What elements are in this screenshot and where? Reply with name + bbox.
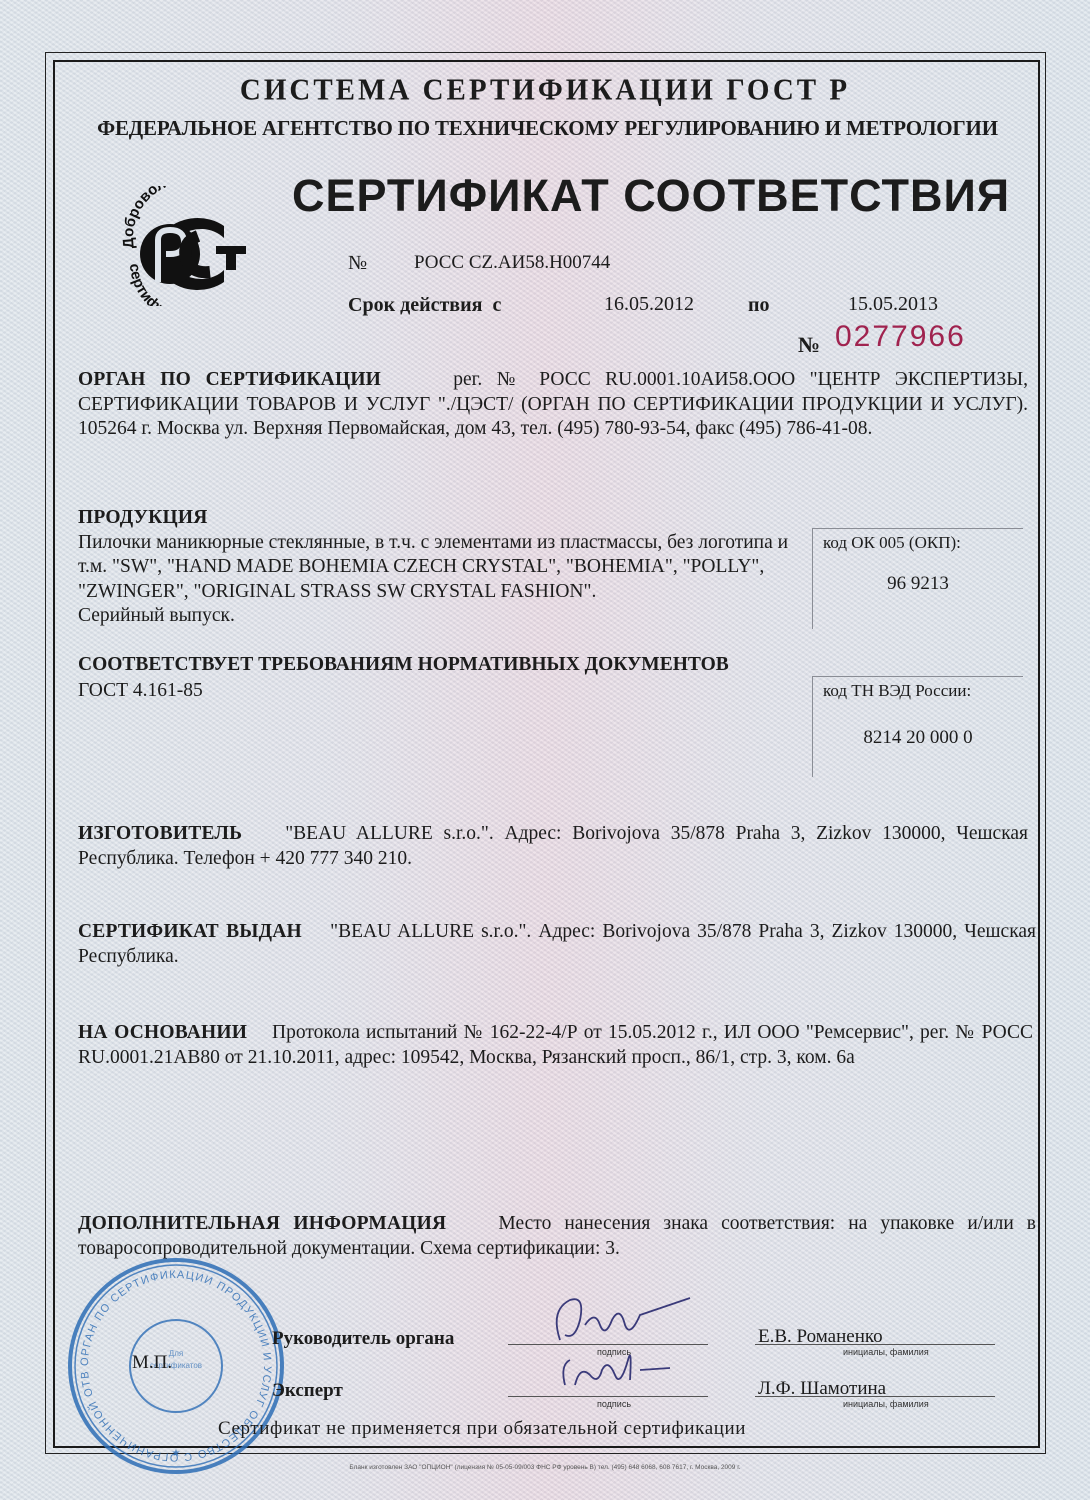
serial-number-label: № bbox=[798, 332, 820, 358]
issued-to-section: СЕРТИФИКАТ ВЫДАН "BEAU ALLURE s.r.o.". А… bbox=[78, 920, 1036, 969]
head-name: Е.В. Романенко bbox=[758, 1326, 883, 1348]
expert-signature-icon bbox=[540, 1340, 690, 1400]
tnved-code-value: 8214 20 000 0 bbox=[813, 727, 1023, 749]
additional-info-section: ДОПОЛНИТЕЛЬНАЯ ИНФОРМАЦИЯ Место нанесени… bbox=[78, 1212, 1036, 1261]
basis-label: НА ОСНОВАНИИ bbox=[78, 1022, 247, 1043]
product-series: Серийный выпуск. bbox=[78, 604, 793, 629]
manufacturer-label: ИЗГОТОВИТЕЛЬ bbox=[78, 823, 242, 844]
agency-name: ФЕДЕРАЛЬНОЕ АГЕНТСТВО ПО ТЕХНИЧЕСКОМУ РЕ… bbox=[60, 116, 1035, 141]
head-name-caption: инициалы, фамилия bbox=[843, 1347, 929, 1357]
svg-text:★: ★ bbox=[172, 1448, 181, 1459]
valid-from-date: 16.05.2012 bbox=[604, 293, 694, 316]
expert-name: Л.Ф. Шамотина bbox=[758, 1378, 886, 1400]
conformity-label: СООТВЕТСТВУЕТ ТРЕБОВАНИЯМ НОРМАТИВНЫХ ДО… bbox=[78, 654, 729, 676]
okp-code-box: код ОК 005 (ОКП): 96 9213 bbox=[812, 528, 1023, 629]
product-section: ПРОДУКЦИЯ Пилочки маникюрные стеклянные,… bbox=[78, 506, 793, 629]
validity-label: Срок действия с bbox=[348, 294, 501, 317]
printer-imprint: Бланк изготовлен ЗАО "ОПЦИОН" (лицензия … bbox=[0, 1464, 1090, 1471]
serial-number: 0277966 bbox=[835, 320, 966, 354]
head-label: Руководитель органа bbox=[272, 1328, 454, 1350]
basis-section: НА ОСНОВАНИИ Протокола испытаний № 162-2… bbox=[78, 1021, 1033, 1070]
issued-to-label: СЕРТИФИКАТ ВЫДАН bbox=[78, 921, 302, 942]
footer-note: Сертификат не применяется при обязательн… bbox=[218, 1418, 746, 1440]
okp-code-label: код ОК 005 (ОКП): bbox=[823, 533, 961, 553]
registration-number: РОСС CZ.АИ58.Н00744 bbox=[414, 252, 610, 274]
expert-signature-caption: подпись bbox=[597, 1399, 631, 1409]
product-description: Пилочки маникюрные стеклянные, в т.ч. с … bbox=[78, 531, 793, 605]
stamp-place-label: М.П. bbox=[132, 1352, 172, 1374]
valid-to-label: по bbox=[748, 294, 770, 317]
certification-body-section: ОРГАН ПО СЕРТИФИКАЦИИ рег. № РОСС RU.000… bbox=[78, 368, 1028, 442]
tnved-code-box: код ТН ВЭД России: 8214 20 000 0 bbox=[812, 676, 1023, 777]
additional-info-label: ДОПОЛНИТЕЛЬНАЯ ИНФОРМАЦИЯ bbox=[78, 1213, 446, 1234]
registration-number-label: № bbox=[348, 252, 367, 275]
certificate-title: СЕРТИФИКАТ СООТВЕТСТВИЯ bbox=[292, 170, 1010, 222]
official-stamp-icon: ОРГАН ПО СЕРТИФИКАЦИИ ПРОДУКЦИИ И УСЛУГ … bbox=[66, 1256, 286, 1476]
manufacturer-section: ИЗГОТОВИТЕЛЬ "BEAU ALLURE s.r.o.". Адрес… bbox=[78, 822, 1028, 871]
rst-logo-icon: Добровольная сертификация bbox=[116, 186, 256, 306]
valid-to-date: 15.05.2013 bbox=[848, 293, 938, 316]
system-title: СИСТЕМА СЕРТИФИКАЦИИ ГОСТ Р bbox=[0, 73, 1090, 108]
certification-body-label: ОРГАН ПО СЕРТИФИКАЦИИ bbox=[78, 369, 381, 390]
tnved-code-label: код ТН ВЭД России: bbox=[823, 681, 971, 701]
okp-code-value: 96 9213 bbox=[813, 573, 1023, 595]
conformity-standard: ГОСТ 4.161-85 bbox=[78, 680, 203, 702]
expert-label: Эксперт bbox=[272, 1380, 343, 1402]
expert-name-caption: инициалы, фамилия bbox=[843, 1399, 929, 1409]
product-label: ПРОДУКЦИЯ bbox=[78, 507, 207, 528]
